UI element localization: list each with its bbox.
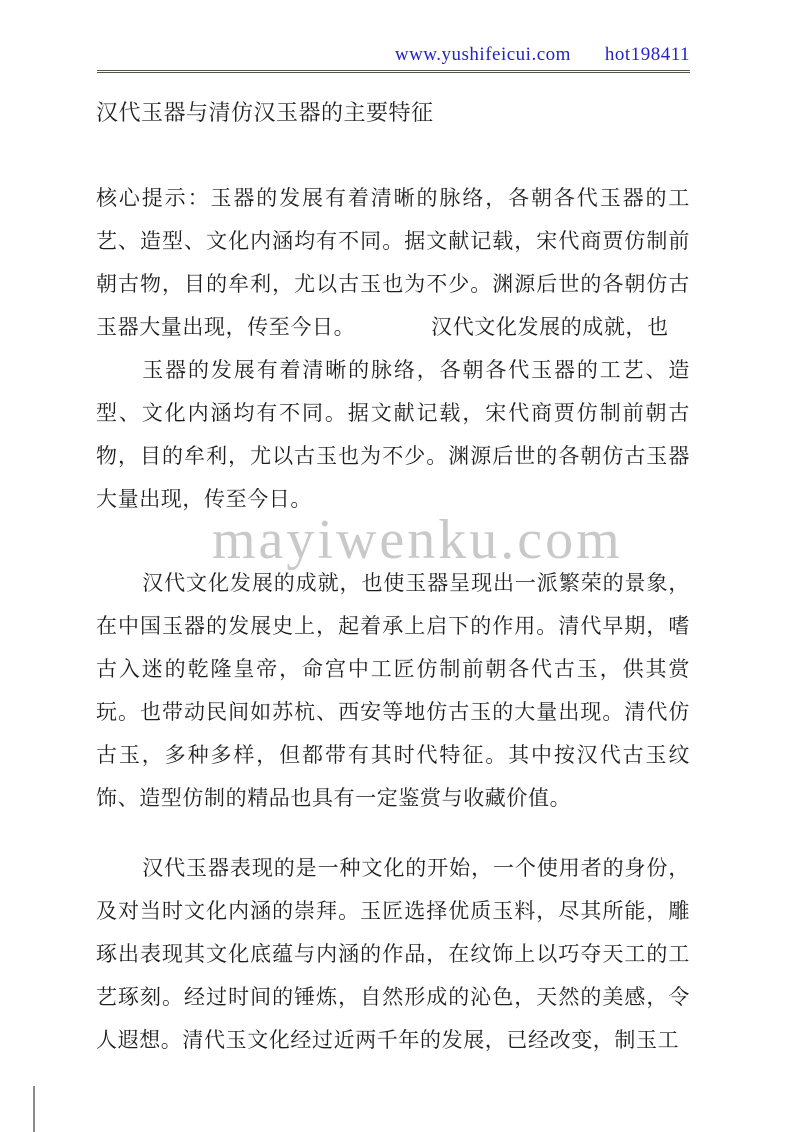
page-edge-mark [33,1086,35,1132]
paragraph-han-culture: 汉代文化发展的成就，也使玉器呈现出一派繁荣的景象，在中国玉器的发展史上，起着承上… [96,562,690,820]
document-title: 汉代玉器与清仿汉玉器的主要特征 [96,99,696,127]
contact-code-text: hot198411 [605,44,690,65]
site-url-link[interactable]: www.yushifeicui.com [395,44,571,65]
header-divider [97,70,690,73]
paragraph-jade-development: 玉器的发展有着清晰的脉络，各朝各代玉器的工艺、造型、文化内涵均有不同。据文献记载… [96,349,690,521]
paragraph-core-tip: 核心提示：玉器的发展有着清晰的脉络，各朝各代玉器的工艺、造型、文化内涵均有不同。… [96,177,690,349]
header-contact-line: www.yushifeicui.comhot198411 [395,44,690,66]
document-page: { "header": { "site_url": "www.yushifeic… [0,0,800,1132]
document-body: 核心提示：玉器的发展有着清晰的脉络，各朝各代玉器的工艺、造型、文化内涵均有不同。… [96,177,690,1062]
paragraph-han-jade-meaning: 汉代玉器表现的是一种文化的开始，一个使用者的身份，及对当时文化内涵的崇拜。玉匠选… [96,847,690,1062]
